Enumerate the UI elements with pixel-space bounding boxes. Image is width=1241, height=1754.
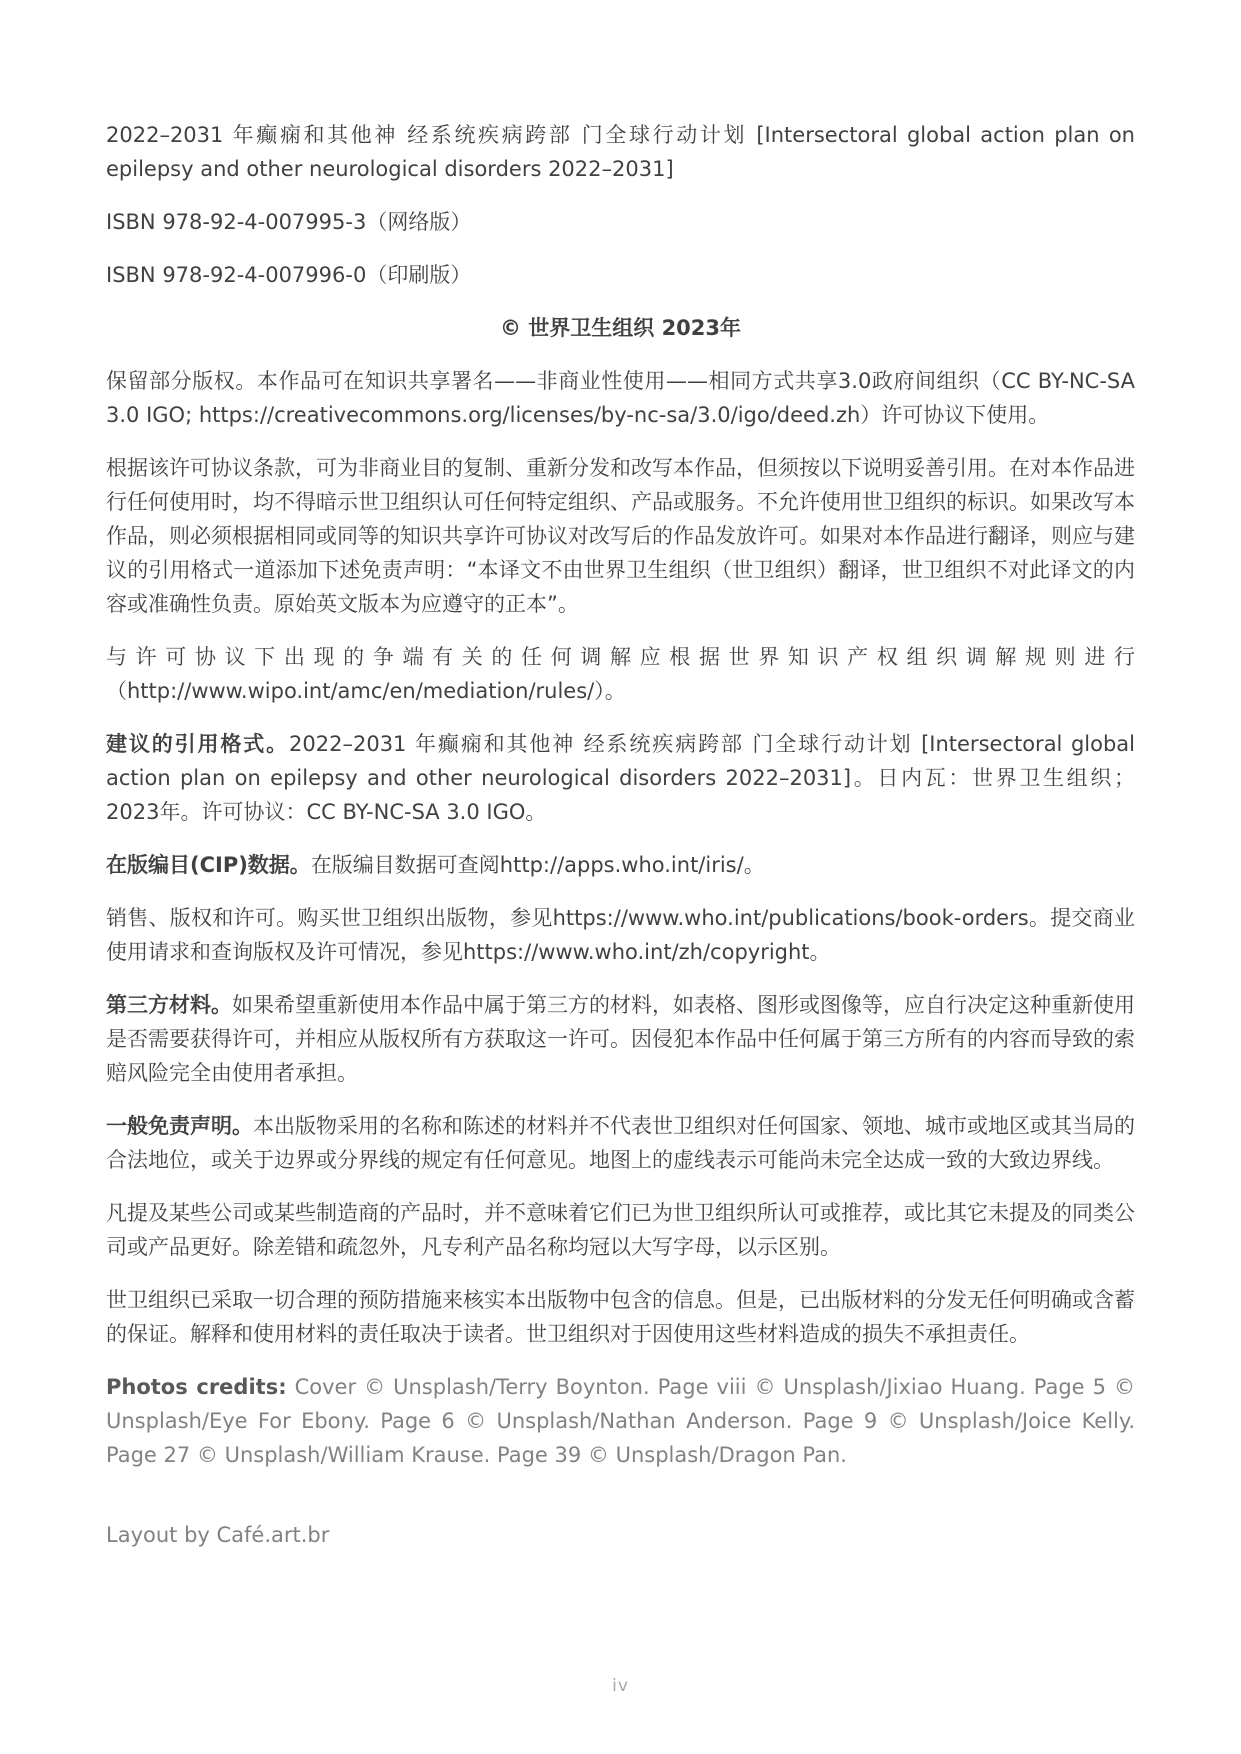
- page-footer: iv: [0, 1676, 1241, 1696]
- general-disclaimer-label: 一般免责声明。: [106, 1114, 253, 1138]
- imprint-page-content: 2022–2031 年癫痫和其他神 经系统疾病跨部 门全球行动计划 [Inter…: [106, 118, 1135, 1571]
- third-party-materials-para: 第三方材料。如果希望重新使用本作品中属于第三方的材料，如表格、图形或图像等，应自…: [106, 988, 1135, 1090]
- company-mention-para: 凡提及某些公司或某些制造商的产品时，并不意味着它们已为世卫组织所认可或推荐，或比…: [106, 1196, 1135, 1264]
- photo-credits-para: Photos credits: Cover © Unsplash/Terry B…: [106, 1370, 1135, 1472]
- photo-credits-label: Photos credits:: [106, 1375, 287, 1399]
- license-terms-para: 根据该许可协议条款，可为非商业目的复制、重新分发和改写本作品，但须按以下说明妥善…: [106, 451, 1135, 621]
- suggested-citation-para: 建议的引用格式。2022–2031 年癫痫和其他神 经系统疾病跨部 门全球行动计…: [106, 727, 1135, 829]
- cip-data-label: 在版编目(CIP)数据。: [106, 853, 311, 877]
- isbn-online: ISBN 978-92-4-007995-3（网络版）: [106, 205, 1135, 239]
- third-party-materials-text: 如果希望重新使用本作品中属于第三方的材料，如表格、图形或图像等，应自行决定这种重…: [106, 993, 1135, 1085]
- mediation-para: 与许可协议下出现的争端有关的任何调解应根据世界知识产权组织调解规则进行（http…: [106, 640, 1135, 708]
- general-disclaimer-para: 一般免责声明。本出版物采用的名称和陈述的材料并不代表世卫组织对任何国家、领地、城…: [106, 1109, 1135, 1177]
- page-number: iv: [612, 1676, 629, 1696]
- isbn-print: ISBN 978-92-4-007996-0（印刷版）: [106, 258, 1135, 292]
- copyright-line: © 世界卫生组织 2023年: [106, 311, 1135, 345]
- general-disclaimer-text: 本出版物采用的名称和陈述的材料并不代表世卫组织对任何国家、领地、城市或地区或其当…: [106, 1114, 1135, 1172]
- verification-disclaimer-para: 世卫组织已采取一切合理的预防措施来核实本出版物中包含的信息。但是，已出版材料的分…: [106, 1283, 1135, 1351]
- layout-credit: Layout by Café.art.br: [106, 1518, 1135, 1552]
- license-intro-para: 保留部分版权。本作品可在知识共享署名——非商业性使用——相同方式共享3.0政府间…: [106, 364, 1135, 432]
- cip-data-text: 在版编目数据可查阅http://apps.who.int/iris/。: [311, 853, 765, 877]
- cip-data-para: 在版编目(CIP)数据。在版编目数据可查阅http://apps.who.int…: [106, 848, 1135, 882]
- suggested-citation-label: 建议的引用格式。: [106, 732, 289, 756]
- title-citation: 2022–2031 年癫痫和其他神 经系统疾病跨部 门全球行动计划 [Inter…: [106, 118, 1135, 186]
- third-party-materials-label: 第三方材料。: [106, 993, 232, 1017]
- sales-rights-para: 销售、版权和许可。购买世卫组织出版物，参见https://www.who.int…: [106, 901, 1135, 969]
